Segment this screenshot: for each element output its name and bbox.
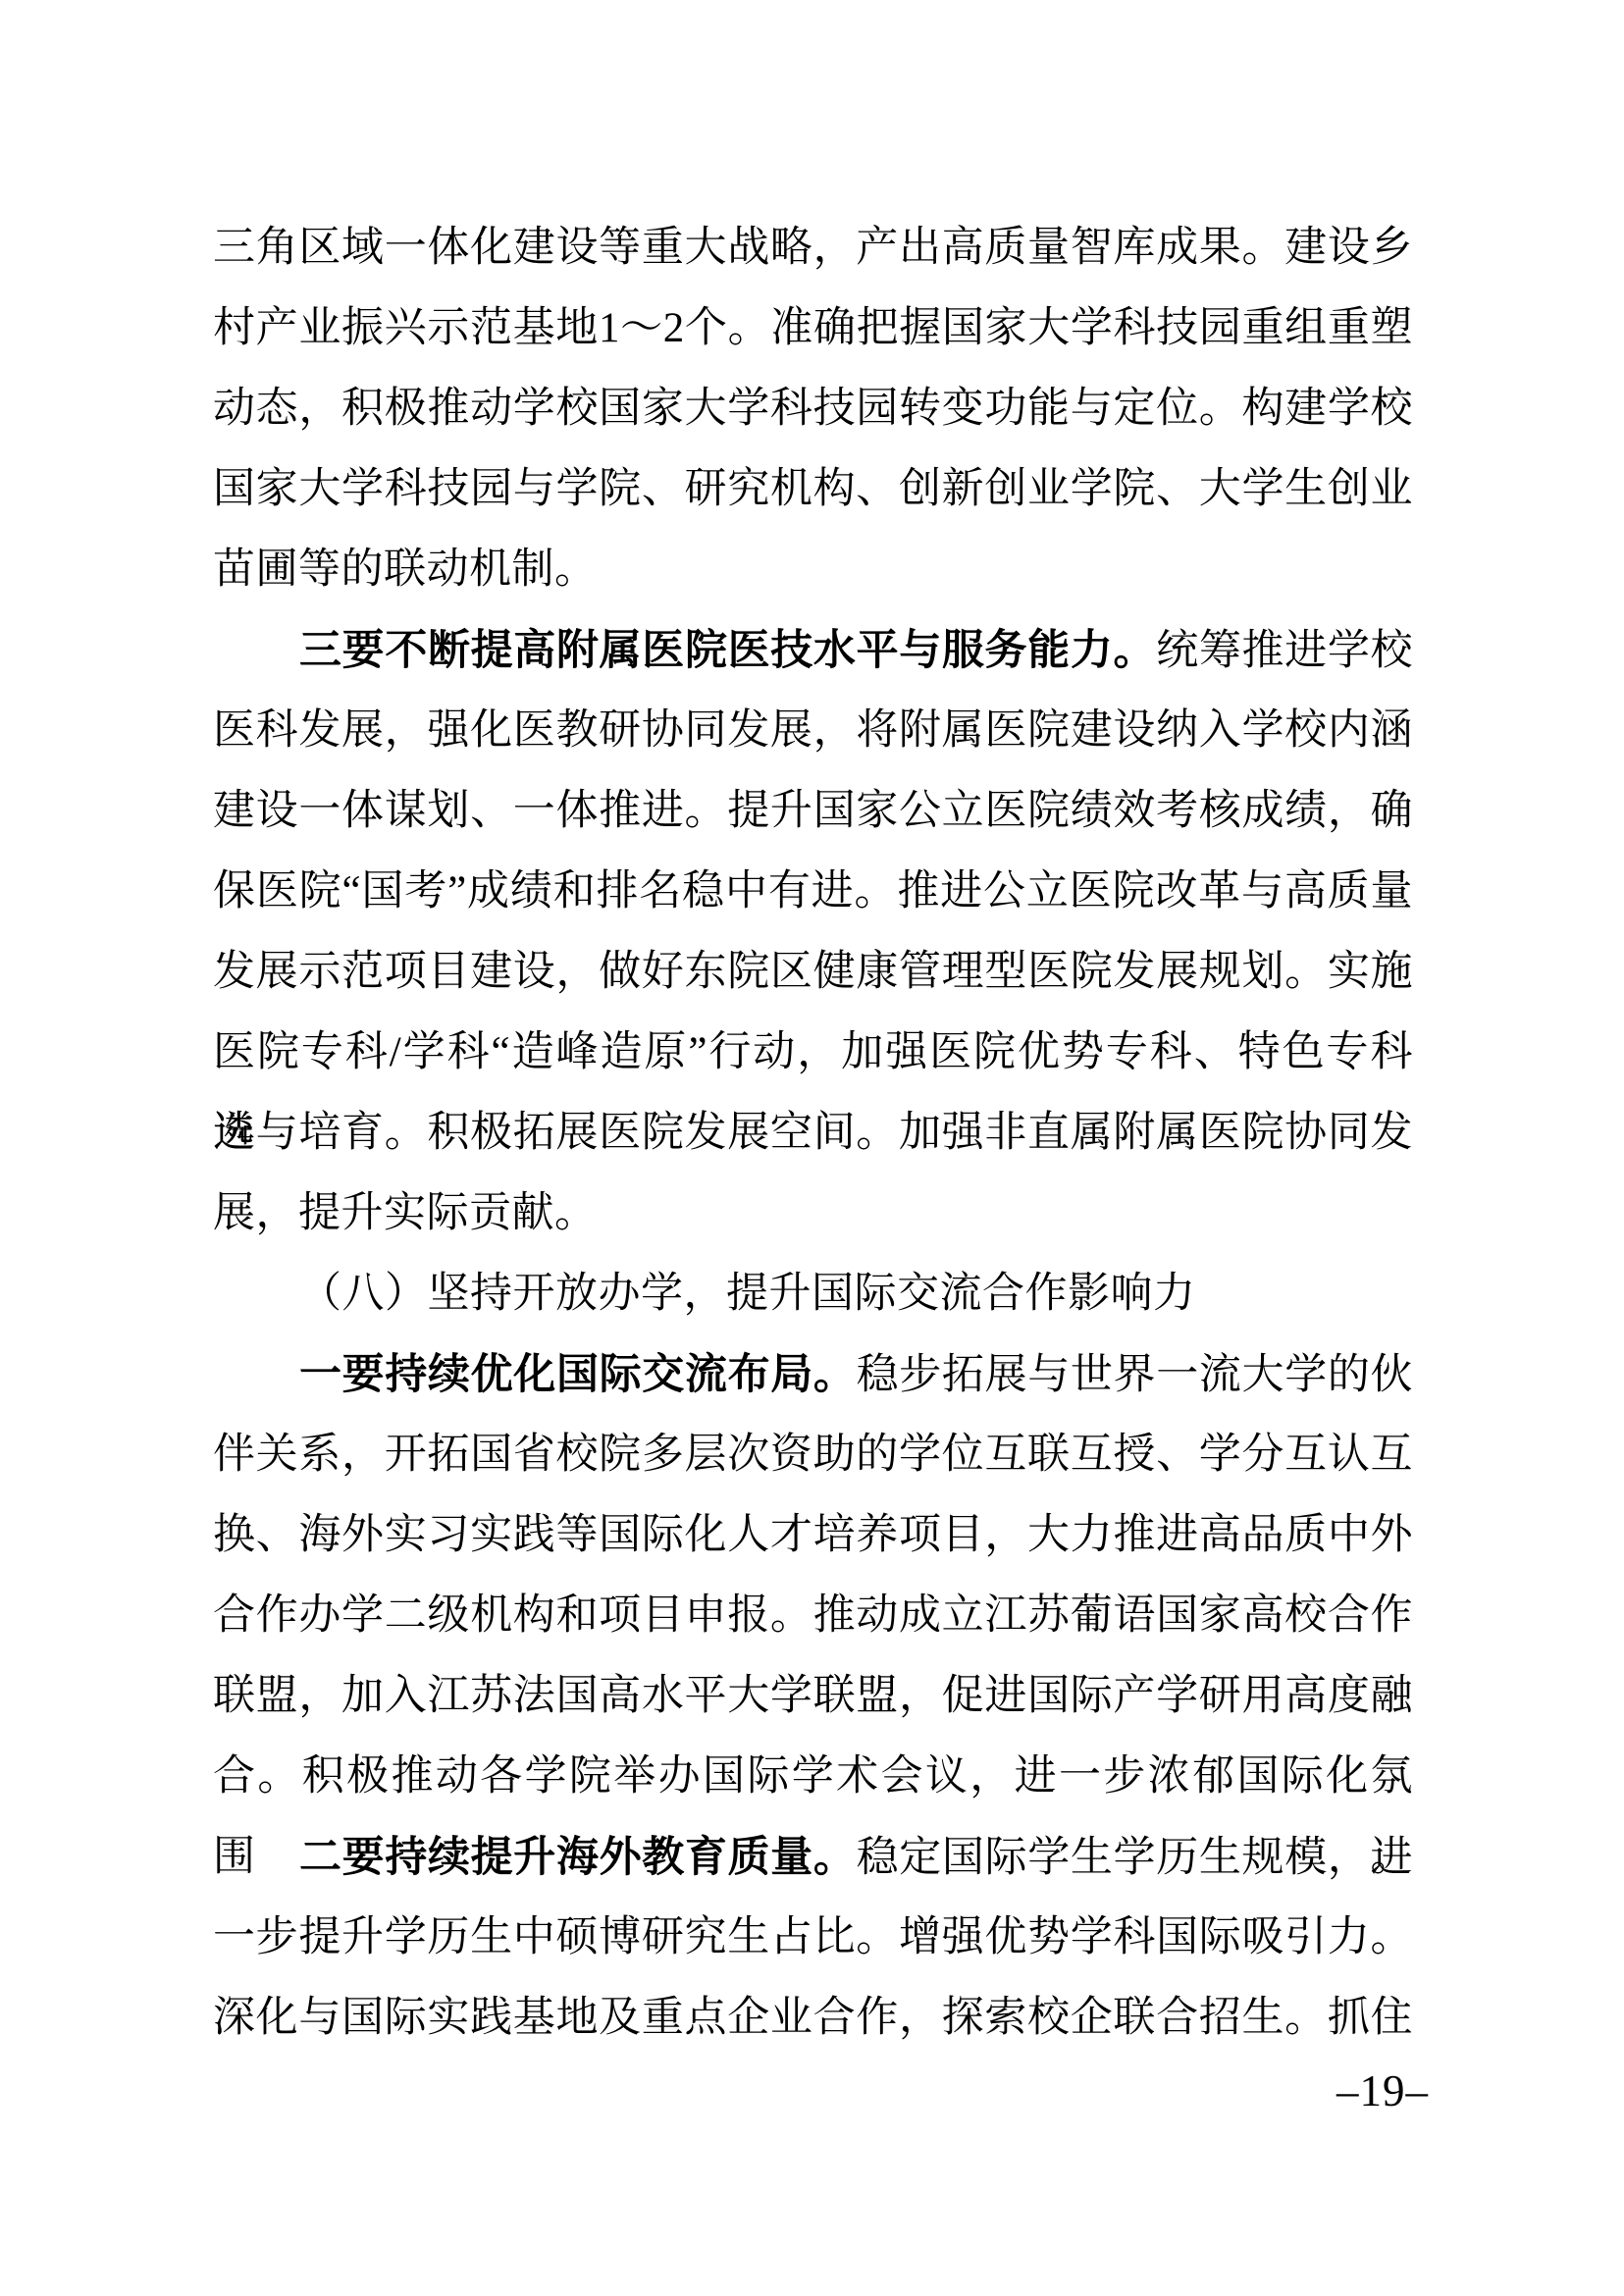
text-segment: 选与培育。积极拓展医院发展空间。加强非直属附属医院协同发 (213, 1110, 1413, 1156)
text-line: 三角区域一体化建设等重大战略，产出高质量智库成果。建设乡 (213, 208, 1413, 288)
text-line: 医科发展，强化医教研协同发展，将附属医院建设纳入学校内涵 (213, 691, 1413, 771)
text-line: 二要持续提升海外教育质量。稳定国际学生学历生规模，进 (213, 1817, 1413, 1898)
bold-heading-segment: 一要持续优化国际交流布局。 (299, 1351, 857, 1398)
text-segment: 国家大学科技园与学院、研究机构、创新创业学院、大学生创业 (213, 466, 1413, 512)
text-line: 合作办学二级机构和项目申报。推动成立江苏葡语国家高校合作 (213, 1576, 1413, 1656)
text-line: 换、海外实习实践等国际化人才培养项目，大力推进高品质中外 (213, 1495, 1413, 1576)
text-segment: 村产业振兴示范基地1～2个。准确把握国家大学科技园重组重塑 (213, 305, 1413, 351)
text-line: 一步提升学历生中硕博研究生占比。增强优势学科国际吸引力。 (213, 1898, 1413, 1978)
text-line: 深化与国际实践基地及重点企业合作，探索校企联合招生。抓住 (213, 1978, 1413, 2059)
text-line: 建设一体谋划、一体推进。提升国家公立医院绩效考核成绩，确 (213, 771, 1413, 852)
text-segment: 伴关系，开拓国省校院多层次资助的学位互联互授、学分互认互 (213, 1432, 1413, 1478)
page-number: –19– (1336, 2066, 1429, 2115)
text-line: 国家大学科技园与学院、研究机构、创新创业学院、大学生创业 (213, 449, 1413, 530)
text-segment: 统筹推进学校 (1156, 628, 1413, 674)
text-segment: 建设一体谋划、一体推进。提升国家公立医院绩效考核成绩，确 (213, 788, 1413, 834)
text-line: 保医院“国考”成绩和排名稳中有进。推进公立医院改革与高质量 (213, 852, 1413, 932)
text-segment: 深化与国际实践基地及重点企业合作，探索校企联合招生。抓住 (213, 1995, 1413, 2041)
text-line: 苗圃等的联动机制。 (213, 530, 1413, 610)
text-segment: 展，提升实际贡献。 (213, 1190, 598, 1236)
text-line: 展，提升实际贡献。 (213, 1174, 1413, 1254)
text-segment: 动态，积极推动学校国家大学科技园转变功能与定位。构建学校 (213, 386, 1413, 432)
text-segment: 换、海外实习实践等国际化人才培养项目，大力推进高品质中外 (213, 1512, 1413, 1558)
text-segment: 合作办学二级机构和项目申报。推动成立江苏葡语国家高校合作 (213, 1592, 1413, 1639)
document-body: 三角区域一体化建设等重大战略，产出高质量智库成果。建设乡村产业振兴示范基地1～2… (213, 208, 1413, 2059)
text-segment: （八）坚持开放办学，提升国际交流合作影响力 (299, 1271, 1196, 1317)
bold-heading-segment: 二要持续提升海外教育质量。 (299, 1834, 857, 1881)
text-line: （八）坚持开放办学，提升国际交流合作影响力 (213, 1254, 1413, 1334)
text-segment: 联盟，加入江苏法国高水平大学联盟，促进国际产学研用高度融 (213, 1673, 1413, 1719)
text-segment: 苗圃等的联动机制。 (213, 547, 598, 593)
text-segment: 发展示范项目建设，做好东院区健康管理型医院发展规划。实施 (213, 949, 1413, 995)
text-line: 选与培育。积极拓展医院发展空间。加强非直属附属医院协同发 (213, 1093, 1413, 1174)
text-segment: 稳步拓展与世界一流大学的伙 (857, 1352, 1413, 1398)
text-line: 一要持续优化国际交流布局。稳步拓展与世界一流大学的伙 (213, 1334, 1413, 1415)
text-segment: 三角区域一体化建设等重大战略，产出高质量智库成果。建设乡 (213, 225, 1413, 271)
text-segment: 稳定国际学生学历生规模，进 (857, 1835, 1413, 1881)
text-segment: 医科发展，强化医教研协同发展，将附属医院建设纳入学校内涵 (213, 707, 1413, 754)
text-line: 伴关系，开拓国省校院多层次资助的学位互联互授、学分互认互 (213, 1415, 1413, 1495)
text-line: 合。积极推动各学院举办国际学术会议，进一步浓郁国际化氛围。 (213, 1737, 1413, 1817)
bold-heading-segment: 三要不断提高附属医院医技水平与服务能力。 (299, 627, 1156, 674)
text-line: 发展示范项目建设，做好东院区健康管理型医院发展规划。实施 (213, 932, 1413, 1013)
text-line: 村产业振兴示范基地1～2个。准确把握国家大学科技园重组重塑 (213, 288, 1413, 369)
text-line: 动态，积极推动学校国家大学科技园转变功能与定位。构建学校 (213, 369, 1413, 449)
text-line: 三要不断提高附属医院医技水平与服务能力。统筹推进学校 (213, 610, 1413, 691)
text-segment: 保医院“国考”成绩和排名稳中有进。推进公立医院改革与高质量 (213, 868, 1413, 914)
document-page: 三角区域一体化建设等重大战略，产出高质量智库成果。建设乡村产业振兴示范基地1～2… (0, 0, 1624, 2296)
text-segment: 一步提升学历生中硕博研究生占比。增强优势学科国际吸引力。 (213, 1914, 1413, 1960)
text-line: 联盟，加入江苏法国高水平大学联盟，促进国际产学研用高度融 (213, 1656, 1413, 1737)
text-line: 医院专科/学科“造峰造原”行动，加强医院优势专科、特色专科遴 (213, 1013, 1413, 1093)
